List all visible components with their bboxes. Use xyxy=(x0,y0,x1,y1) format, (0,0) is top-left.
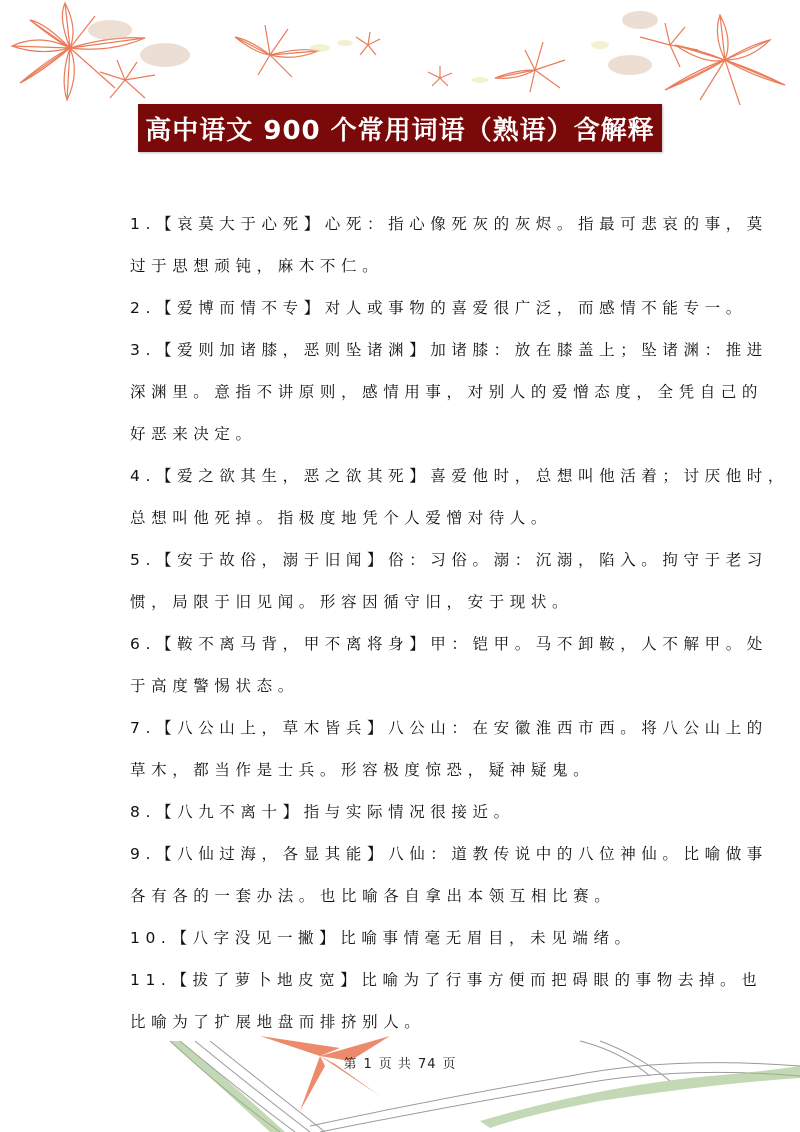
text-line: 4.【爱之欲其生，恶之欲其死】喜爱他时，总想叫他活着；讨厌他时， xyxy=(130,455,690,497)
text-line: 3.【爱则加诸膝，恶则坠诸渊】加诸膝：放在膝盖上；坠诸渊：推进 xyxy=(130,329,690,371)
text-line: 1.【哀莫大于心死】心死：指心像死灰的灰烬。指最可悲哀的事，莫 xyxy=(130,203,690,245)
text-line: 好恶来决定。 xyxy=(130,413,690,455)
text-line: 2.【爱博而情不专】对人或事物的喜爱很广泛，而感情不能专一。 xyxy=(130,287,690,329)
text-line: 各有各的一套办法。也比喻各自拿出本领互相比赛。 xyxy=(130,875,690,917)
total-pages-number: 74 xyxy=(418,1057,437,1072)
text-line: 6.【鞍不离马背，甲不离将身】甲：铠甲。马不卸鞍，人不解甲。处 xyxy=(130,623,690,665)
text-line: 9.【八仙过海，各显其能】八仙：道教传说中的八位神仙。比喻做事 xyxy=(130,833,690,875)
maple-leaves-decoration-icon xyxy=(0,0,800,110)
text-line: 惯，局限于旧见闻。形容因循守旧，安于现状。 xyxy=(130,581,690,623)
footer-middle: 页 共 xyxy=(379,1057,412,1072)
current-page-number: 1 xyxy=(364,1057,373,1072)
text-line: 草木，都当作是士兵。形容极度惊恐，疑神疑鬼。 xyxy=(130,749,690,791)
text-line: 10.【八字没见一撇】比喻事情毫无眉目，未见端绪。 xyxy=(130,917,690,959)
text-line: 5.【安于故俗，溺于旧闻】俗：习俗。溺：沉溺，陷入。拘守于老习 xyxy=(130,539,690,581)
open-book-decoration-icon xyxy=(150,1036,800,1132)
footer-prefix: 第 xyxy=(344,1057,358,1072)
page-footer: 第1页 共74页 xyxy=(0,1053,800,1072)
title-banner: 高中语文 900 个常用词语（熟语）含解释 xyxy=(138,104,662,152)
text-line: 8.【八九不离十】指与实际情况很接近。 xyxy=(130,791,690,833)
text-line: 深渊里。意指不讲原则，感情用事，对别人的爱憎态度，全凭自己的 xyxy=(130,371,690,413)
text-line: 总想叫他死掉。指极度地凭个人爱憎对待人。 xyxy=(130,497,690,539)
text-line: 于高度警惕状态。 xyxy=(130,665,690,707)
text-line: 7.【八公山上，草木皆兵】八公山：在安徽淮西市西。将八公山上的 xyxy=(130,707,690,749)
document-title: 高中语文 900 个常用词语（熟语）含解释 xyxy=(145,110,654,147)
text-line: 11.【拔了萝卜地皮宽】比喻为了行事方便而把碍眼的事物去掉。也 xyxy=(130,959,690,1001)
footer-suffix: 页 xyxy=(442,1057,456,1072)
document-body: 1.【哀莫大于心死】心死：指心像死灰的灰烬。指最可悲哀的事，莫 过于思想顽钝，麻… xyxy=(130,203,690,1043)
text-line: 过于思想顽钝，麻木不仁。 xyxy=(130,245,690,287)
